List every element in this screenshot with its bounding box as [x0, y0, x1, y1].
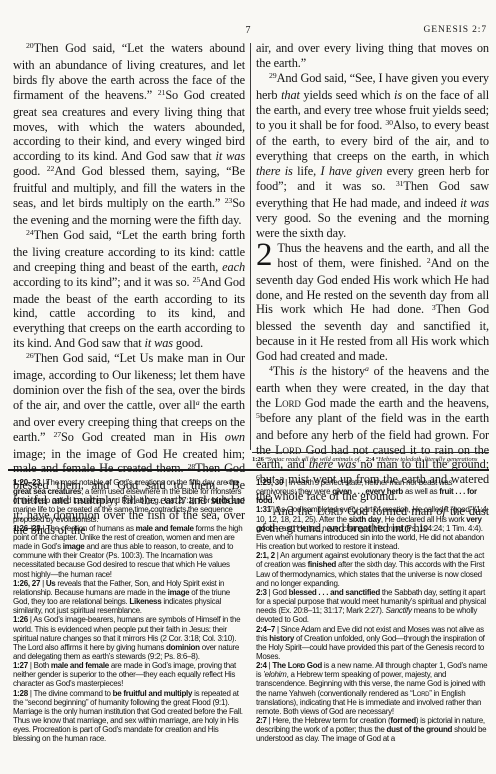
- column-divider-rule: [250, 43, 251, 450]
- verse-paragraph: air, and over every living thing that mo…: [256, 41, 489, 71]
- verse-paragraph: 2Thus the heavens and the earth, and all…: [256, 241, 489, 364]
- small-caps-text: Lord: [275, 396, 301, 410]
- text-run: is repeated at the “second beginning” of…: [13, 689, 243, 744]
- bold-text: 2:7: [256, 716, 267, 725]
- bold-text: 1:28: [13, 689, 28, 698]
- superscript-marker: 27: [53, 430, 61, 439]
- superscript-marker: 30: [385, 118, 393, 127]
- bold-text: 1:29, 30: [256, 478, 283, 487]
- bold-text: sixth day: [349, 515, 381, 524]
- bold-text: male and female: [136, 524, 194, 533]
- text-run: So God created man in His: [61, 430, 225, 444]
- superscript-marker: a: [266, 455, 268, 460]
- bold-text: finished: [308, 560, 336, 569]
- commentary-note: 1:29, 30 | In earth’s perfect state, nei…: [256, 478, 489, 505]
- text-run: according to its kind”; and it was so.: [13, 275, 193, 289]
- superscript-marker: 25: [193, 275, 201, 284]
- italic-text: it was: [460, 196, 489, 210]
- italic-text: each: [222, 260, 245, 274]
- text-run: .: [272, 496, 274, 505]
- superscript-marker: 29: [269, 71, 277, 80]
- verse-paragraph: 29And God said, “See, I have given you e…: [256, 71, 489, 241]
- bold-text: 2:4: [366, 456, 376, 463]
- text-run: good.: [173, 336, 203, 350]
- italic-text: it was: [145, 336, 173, 350]
- bold-text: history: [269, 634, 294, 643]
- commentary-note: 2:1, 2 | An argument against evolutionar…: [256, 551, 489, 588]
- running-head: GENESIS 2:7: [424, 25, 487, 35]
- text-run: This: [273, 364, 299, 378]
- superscript-marker: 24: [26, 228, 34, 237]
- bold-text: 1:26: [13, 615, 28, 624]
- bold-text: 1:26, 27: [13, 579, 40, 588]
- verse-paragraph: 24Then God said, “Let the earth bring fo…: [13, 228, 245, 351]
- text-run: the history: [307, 364, 365, 378]
- commentary-note: 1:26, 27 | Us reveals that the Father, S…: [13, 579, 246, 616]
- bold-text: image: [63, 542, 85, 551]
- bold-text: given . . . every herb: [332, 487, 403, 496]
- commentary-note: 2:3 | God blessed . . . and sanctified t…: [256, 588, 489, 625]
- small-caps-text: Lord: [413, 689, 430, 698]
- italic-text: I have given: [320, 164, 382, 178]
- superscript-marker: 22: [47, 164, 55, 173]
- bold-text: 2:4–7: [256, 625, 275, 634]
- chapter-number-drop-cap: 2: [256, 241, 277, 268]
- text-run: good.: [13, 164, 47, 178]
- bible-page: 7 GENESIS 2:7 20Then God said, “Let the …: [0, 0, 496, 774]
- bold-text: 2:4: [256, 661, 267, 670]
- bold-text: birds: [212, 496, 230, 505]
- superscript-marker: a: [365, 364, 369, 373]
- bold-text: dust of the ground: [387, 725, 453, 734]
- translation-footnotes: 1:26 aSyriac reads all the wild animals …: [252, 452, 489, 464]
- scripture-left-column: 20Then God said, “Let the waters abound …: [13, 41, 245, 538]
- bold-text: The: [272, 661, 287, 670]
- bold-text: 2:1, 2: [256, 551, 275, 560]
- commentary-note: 1:28 | The divine command to be fruitful…: [13, 689, 246, 744]
- superscript-marker: 2: [427, 256, 431, 265]
- superscript-marker: a: [196, 398, 200, 407]
- text-run: God made the earth and the heavens,: [301, 396, 489, 410]
- text-run: | The creation of humans as: [40, 524, 135, 533]
- commentary-note: 2:7 | Here, the Hebrew term for creation…: [256, 716, 489, 743]
- text-run: Hebrew toledoth, literally generations: [378, 456, 477, 463]
- bold-text: 1:27: [13, 661, 28, 670]
- italic-text: ’elohim: [263, 670, 286, 679]
- text-run: yields seed which: [300, 88, 394, 102]
- commentary-note: 1:20–23 | The most notable of God’s crea…: [13, 478, 246, 524]
- superscript-marker: 23: [225, 196, 233, 205]
- italic-text: it was: [216, 149, 245, 163]
- bold-text: 1:26: [252, 456, 266, 463]
- text-run: —and He has never changed His mind (Ps. …: [256, 524, 484, 551]
- bold-text: 1:20–23: [13, 478, 40, 487]
- text-run: , He declared all His work: [381, 515, 466, 524]
- text-run: life,: [293, 164, 321, 178]
- superscript-marker: 5: [256, 411, 260, 420]
- bold-text: 2:3: [256, 588, 267, 597]
- section-divider-rule: [8, 469, 489, 471]
- text-run: | The divine command to: [28, 689, 113, 698]
- bold-text: Likeness: [129, 597, 161, 606]
- text-run: Then God said, “Let the earth bring fort…: [13, 228, 245, 274]
- commentary-right-column: 1:29, 30 | In earth’s perfect state, nei…: [256, 478, 489, 744]
- superscript-marker: 31: [396, 179, 404, 188]
- bold-text: image: [168, 588, 190, 597]
- page-number: 7: [0, 25, 496, 36]
- commentary-note: 1:27 | Both male and female are made in …: [13, 661, 246, 688]
- bold-text: great sea creatures: [13, 487, 81, 496]
- bold-text: formed: [390, 716, 415, 725]
- bold-text: 1:31: [256, 505, 271, 514]
- text-run: | Both: [28, 661, 51, 670]
- superscript-marker: 4: [269, 364, 273, 373]
- bold-text: dominion: [166, 643, 200, 652]
- bold-text: be fruitful and multiply: [113, 689, 193, 698]
- italic-text: is: [299, 364, 307, 378]
- superscript-marker: 26: [26, 351, 34, 360]
- commentary-note: 1:26–28 | The creation of humans as male…: [13, 524, 246, 579]
- italic-text: Sanctify: [385, 606, 411, 615]
- bold-text: 1:26–28: [13, 524, 40, 533]
- text-run: | God: [267, 588, 289, 597]
- text-run: very good. So the evening and the mornin…: [256, 211, 489, 240]
- text-run: Syriac reads all the wild animals of.: [268, 456, 361, 463]
- commentary-note: 1:26 | As God’s image-bearers, humans ar…: [13, 615, 246, 661]
- verse-paragraph: 20Then God said, “Let the waters abound …: [13, 41, 245, 228]
- commentary-section: 1:20–23 | The most notable of God’s crea…: [13, 478, 489, 744]
- text-run: air, and over every living thing that mo…: [256, 41, 489, 70]
- commentary-note: 2:4 | The Lord God is a new name. All th…: [256, 661, 489, 716]
- superscript-marker: 20: [26, 41, 34, 50]
- text-run: | The most notable of God’s creations on…: [40, 478, 239, 487]
- bold-text: male and female: [51, 661, 109, 670]
- text-run: as well as: [403, 487, 439, 496]
- italic-text: that: [281, 88, 300, 102]
- italic-text: own: [225, 430, 245, 444]
- small-caps-text: Lord: [288, 661, 305, 670]
- text-run: | Here, the Hebrew term for creation (: [267, 716, 391, 725]
- commentary-left-column: 1:20–23 | The most notable of God’s crea…: [13, 478, 246, 744]
- commentary-note: 2:4–7 | Since Adam and Eve did not exist…: [256, 625, 489, 662]
- superscript-marker: 21: [158, 88, 166, 97]
- superscript-marker: 3: [432, 303, 436, 312]
- commentary-note: 1:31 | As God completed every part of cr…: [256, 505, 489, 551]
- italic-text: there is: [256, 164, 293, 178]
- bold-text: blessed . . . and sanctified: [289, 588, 380, 597]
- italic-text: is: [394, 88, 402, 102]
- bold-text: God: [305, 661, 322, 670]
